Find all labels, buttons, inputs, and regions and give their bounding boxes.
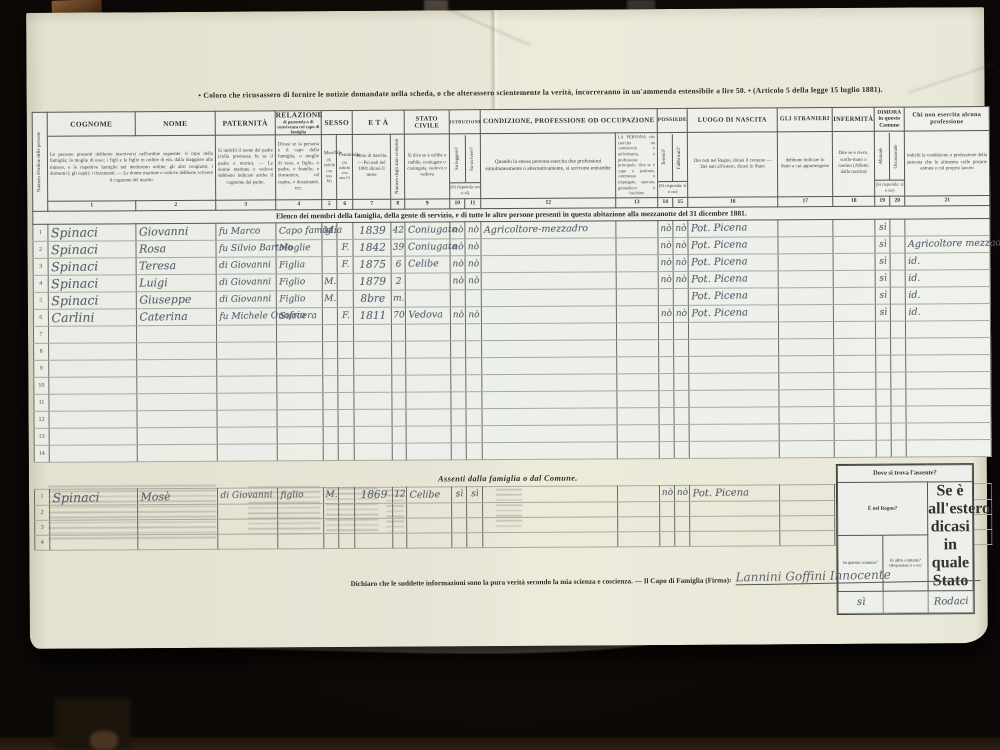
table-cell: 12: [392, 487, 406, 503]
table-cell: 39: [391, 239, 405, 256]
table-cell: [451, 391, 466, 408]
sesso-maschile-subheader: Maschile(Si indichi con una M): [321, 135, 336, 199]
table-cell: [467, 532, 483, 547]
census-table: Numero d'ordine delle persone COGNOME NO…: [32, 106, 992, 463]
table-cell: id.: [905, 252, 990, 270]
table-cell: [354, 358, 392, 375]
table-cell: [906, 320, 991, 338]
table-cell: [891, 338, 906, 355]
table-cell: sì: [466, 486, 482, 502]
table-cell: [675, 531, 690, 546]
table-cell: [218, 519, 278, 534]
table-cell: [338, 487, 354, 503]
table-cell: [618, 531, 660, 546]
table-cell: [406, 426, 451, 443]
table-cell: [481, 289, 616, 307]
table-cell: [278, 518, 324, 533]
table-cell: [392, 375, 406, 392]
table-cell: [616, 220, 658, 237]
table-cell: [616, 237, 658, 254]
table-cell: id.: [905, 286, 990, 304]
table-cell: fu Michele Onofrio: [216, 307, 276, 325]
sesso-femminile-subheader: Femminile(Si indichi con una F): [336, 135, 352, 199]
table-cell: [778, 236, 833, 253]
table-cell: nò: [673, 305, 688, 322]
table-cell: [674, 373, 689, 390]
table-cell: [353, 324, 391, 341]
table-cell: [675, 501, 690, 516]
table-cell: nò: [450, 238, 465, 255]
table-cell: nò: [673, 254, 688, 271]
table-cell: di Giovanni: [216, 290, 276, 308]
table-cell: [354, 426, 392, 443]
table-cell: [466, 442, 482, 459]
table-cell: [659, 407, 674, 424]
table-cell: [466, 425, 482, 442]
table-cell: [392, 341, 406, 358]
stranieri-note: debbono indicare lo Stato a cui apparten…: [777, 132, 832, 197]
table-cell: [339, 533, 355, 548]
table-cell: [337, 290, 353, 307]
row-number: 13: [34, 428, 49, 445]
table-cell: [217, 427, 277, 444]
table-cell: [218, 504, 278, 519]
table-cell: [689, 373, 779, 391]
table-cell: [833, 304, 875, 321]
table-cell: [323, 443, 338, 460]
row-number: 4: [33, 275, 48, 292]
table-cell: [406, 392, 451, 409]
table-cell: [834, 389, 876, 406]
backdrop-speck: [90, 731, 118, 750]
col-condizione-header: CONDIZIONE, PROFESSIONE OD OCCUPAZIONE: [480, 109, 657, 134]
table-cell: F.: [337, 239, 353, 256]
table-cell: [391, 324, 405, 341]
cognome-nome-note: Le persone presenti debbono inscriversi …: [47, 136, 215, 201]
table-cell: [137, 427, 217, 444]
table-cell: [136, 325, 216, 342]
istruzione-subheaders: Sa leggere? Sa scrivere? (Si risponda: n…: [449, 134, 480, 199]
table-cell: [834, 355, 876, 372]
table-edge-band: [0, 737, 1000, 750]
table-cell: [906, 371, 991, 389]
table-cell: [891, 355, 906, 372]
table-cell: [779, 389, 834, 406]
table-cell: [452, 502, 467, 517]
table-cell: [617, 441, 659, 458]
table-cell: [779, 423, 834, 440]
table-cell: [674, 441, 689, 458]
table-cell: 1869: [354, 487, 392, 504]
table-cell: nò: [673, 271, 688, 288]
table-cell: [277, 426, 323, 443]
table-cell: [778, 304, 833, 321]
table-cell: [407, 533, 452, 548]
table-cell: [674, 424, 689, 441]
table-cell: [49, 342, 137, 360]
table-cell: [482, 408, 617, 426]
row-number: 7: [33, 326, 48, 343]
col-cognome-header: COGNOME: [47, 112, 135, 137]
table-cell: [138, 534, 218, 549]
table-cell: [675, 516, 690, 531]
table-cell: [891, 321, 906, 338]
table-cell: [658, 288, 673, 305]
table-cell: [834, 338, 876, 355]
table-cell: [406, 409, 451, 426]
table-cell: [338, 341, 354, 358]
table-cell: [466, 357, 482, 374]
table-cell: [906, 422, 991, 440]
table-cell: [137, 342, 217, 359]
legal-warning-line: • Coloro che ricusassero di fornire le n…: [162, 84, 920, 100]
table-cell: nò: [673, 237, 688, 254]
table-cell: m.: [391, 290, 405, 307]
table-cell: [277, 341, 323, 358]
table-cell: sì: [875, 270, 890, 287]
table-cell: [465, 289, 481, 306]
table-cell: [834, 406, 876, 423]
table-cell: Pot. Picena: [688, 236, 778, 254]
head-of-family-signature: Lannini Goffini Innocente: [735, 567, 980, 585]
table-cell: nò: [658, 254, 673, 271]
table-cell: di Giovanni: [216, 256, 276, 274]
condizione-note: Quando la stessa persona esercita due pr…: [480, 133, 615, 198]
table-cell: [481, 272, 616, 290]
table-cell: [876, 338, 891, 355]
table-cell: [322, 307, 337, 324]
table-cell: 42: [391, 222, 405, 239]
row-number: 2: [35, 505, 50, 520]
table-cell: [674, 356, 689, 373]
table-cell: [467, 517, 483, 532]
table-cell: [48, 325, 136, 343]
table-cell: [393, 503, 407, 518]
table-cell: [834, 440, 876, 457]
istruzione-note: (Si risponda: no o sì): [450, 182, 480, 197]
fabbricati-subheader: Fabbricati?: [672, 134, 687, 181]
table-cell: [617, 407, 659, 424]
table-cell: [674, 339, 689, 356]
table-cell: [451, 442, 466, 459]
table-cell: [779, 440, 834, 457]
table-cell: M.: [322, 290, 337, 307]
table-cell: [482, 486, 617, 503]
table-cell: [779, 355, 834, 372]
table-cell: [466, 374, 482, 391]
row-number: 9: [34, 360, 49, 377]
table-cell: Pot. Picena: [688, 270, 778, 288]
table-cell: [482, 391, 617, 409]
table-cell: [482, 340, 617, 358]
table-cell: [779, 372, 834, 389]
dimora-occasionale-subheader: Occasionale: [889, 133, 904, 180]
table-cell: [217, 444, 277, 461]
table-cell: [834, 423, 876, 440]
table-cell: [890, 287, 905, 304]
table-cell: [660, 516, 675, 531]
table-cell: [617, 485, 659, 501]
table-cell: [322, 324, 337, 341]
table-cell: [216, 325, 276, 342]
table-cell: [778, 253, 833, 270]
col-paternita-header: PATERNITÀ: [215, 111, 275, 136]
row-number: 6: [33, 309, 48, 326]
row-number: 14: [34, 445, 49, 462]
table-cell: [337, 324, 353, 341]
table-cell: [779, 406, 834, 423]
table-cell: nò: [465, 272, 481, 289]
table-cell: Capo famiglia: [276, 222, 322, 240]
table-cell: 1879: [353, 273, 391, 291]
table-cell: [483, 502, 618, 518]
table-cell: [324, 533, 339, 548]
dimora-note: (Si risponda: sì o no): [875, 180, 904, 195]
paternita-note: Si indichi il nome del padre (colla prem…: [215, 135, 275, 200]
table-cell: [482, 425, 617, 443]
table-cell: [481, 306, 616, 324]
declaration-text: Dichiaro che le suddette informazioni so…: [351, 576, 732, 588]
la-persona-note: LA PERSONA che esercita un commercio o u…: [615, 133, 657, 198]
answer-altro-comune: [883, 590, 928, 613]
census-sheet: • Coloro che ricusassero di fornire le n…: [26, 7, 988, 649]
table-cell: [338, 426, 354, 443]
table-cell: [393, 518, 407, 533]
table-cell: [277, 409, 323, 426]
table-cell: M.: [322, 222, 337, 239]
terreni-subheader: Terreni?: [658, 134, 672, 181]
table-cell: [616, 271, 658, 288]
table-cell: 70: [391, 307, 405, 324]
table-cell: sì: [875, 236, 890, 253]
table-cell: Spinaci: [48, 240, 136, 258]
table-cell: [778, 287, 833, 304]
table-cell: [217, 410, 277, 427]
table-cell: nò: [658, 271, 673, 288]
luogo-nascita-note: Dei nati nel Regno, dicasi il comune — D…: [687, 132, 777, 197]
table-cell: [323, 409, 338, 426]
table-cell: sì: [875, 287, 890, 304]
sa-leggere-subheader: Sa leggere?: [450, 135, 465, 182]
table-cell: [780, 530, 835, 545]
table-cell: [779, 338, 834, 355]
table-cell: Agricoltore mezzadro: [905, 235, 990, 253]
table-cell: nò: [450, 221, 465, 238]
table-cell: [616, 322, 658, 339]
table-cell: [322, 239, 337, 256]
table-cell: [876, 355, 891, 372]
col-eta-header: E T À: [352, 110, 404, 135]
table-cell: [891, 406, 906, 423]
table-cell: [673, 322, 688, 339]
table-cell: Celibe: [406, 486, 451, 503]
table-cell: [451, 425, 466, 442]
table-cell: [659, 441, 674, 458]
table-cell: 6: [391, 256, 405, 273]
table-cell: [137, 359, 217, 376]
table-cell: [780, 500, 835, 515]
table-cell: nò: [465, 238, 481, 255]
where-is-absent-box: Dove si trova l'assente? È nel Regno? Se…: [836, 463, 975, 615]
table-cell: [482, 442, 617, 460]
table-cell: [617, 339, 659, 356]
table-cell: Pot. Picena: [688, 287, 778, 305]
table-cell: nò: [465, 255, 481, 272]
table-cell: [778, 270, 833, 287]
table-cell: Figlio: [276, 273, 322, 291]
table-cell: [405, 273, 450, 290]
table-cell: [50, 534, 138, 550]
table-cell: [137, 410, 217, 427]
table-cell: [450, 289, 465, 306]
table-cell: [833, 219, 875, 236]
table-cell: [392, 358, 406, 375]
table-cell: [355, 503, 393, 518]
table-cell: nò: [659, 485, 674, 501]
table-cell: [833, 253, 875, 270]
table-cell: [833, 236, 875, 253]
table-cell: [780, 515, 835, 530]
table-cell: nò: [674, 485, 689, 501]
table-cell: [660, 531, 675, 546]
table-cell: nò: [450, 255, 465, 272]
table-cell: [891, 372, 906, 389]
table-cell: [355, 533, 393, 548]
table-cell: nò: [658, 305, 673, 322]
table-cell: [405, 290, 450, 307]
table-cell: [323, 426, 338, 443]
table-cell: [891, 440, 906, 457]
table-cell: [481, 255, 616, 273]
table-cell: Vedova: [405, 306, 450, 324]
col-nome-header: NOME: [135, 111, 215, 136]
table-cell: Spinaci: [48, 223, 136, 241]
in-regno-subheader: È nel Regno?: [837, 482, 927, 535]
row-number: 1: [33, 224, 48, 241]
table-cell: [407, 518, 452, 533]
table-cell: [876, 423, 891, 440]
table-cell: [483, 532, 618, 548]
table-cell: Rosa: [136, 240, 216, 258]
table-cell: [906, 354, 991, 372]
table-cell: [482, 323, 617, 341]
table-cell: [658, 322, 673, 339]
table-cell: [450, 323, 465, 340]
table-cell: [339, 503, 355, 518]
table-cell: [451, 408, 466, 425]
table-cell: [890, 304, 905, 321]
table-cell: [659, 424, 674, 441]
table-cell: [617, 373, 659, 390]
census-rows: 1SpinaciGiovannifu MarcoCapo famigliaM.1…: [33, 218, 991, 462]
table-cell: nò: [450, 272, 465, 289]
table-cell: [891, 389, 906, 406]
row-number: 11: [34, 394, 49, 411]
table-cell: [481, 238, 616, 256]
table-cell: [876, 372, 891, 389]
table-cell: Suocera: [276, 307, 322, 325]
table-cell: [466, 340, 482, 357]
table-cell: di Giovanni: [217, 487, 277, 504]
row-number: 8: [34, 343, 49, 360]
table-cell: sì: [451, 486, 466, 502]
row-number: 4: [35, 535, 50, 550]
table-cell: [324, 503, 339, 518]
table-cell: [338, 443, 354, 460]
table-cell: Spinaci: [48, 257, 136, 275]
table-cell: Figlia: [276, 256, 322, 274]
col-istruzione-header: ISTRUZIONE: [449, 110, 480, 135]
table-cell: [278, 533, 324, 548]
table-cell: [467, 502, 483, 517]
table-cell: 8bre: [353, 290, 391, 308]
table-cell: [465, 323, 481, 340]
table-cell: Luigi: [136, 274, 216, 292]
table-cell: [906, 337, 991, 355]
table-cell: [834, 372, 876, 389]
row-number: 3: [33, 258, 48, 275]
table-cell: nò: [658, 220, 673, 237]
table-cell: F.: [337, 256, 353, 273]
table-cell: 1842: [353, 239, 391, 257]
table-cell: [137, 444, 217, 461]
table-cell: [674, 390, 689, 407]
table-cell: nò: [450, 306, 465, 323]
table-cell: [50, 504, 138, 520]
table-cell: [339, 518, 355, 533]
table-cell: Giuseppe: [136, 291, 216, 309]
table-cell: [690, 501, 780, 517]
row-number: 2: [33, 241, 48, 258]
table-cell: [406, 443, 451, 460]
table-cell: [660, 501, 675, 516]
col-sesso-header: SESSO: [321, 110, 352, 135]
table-cell: [138, 519, 218, 534]
census-form: • Coloro che ricusassero di fornire le n…: [31, 7, 982, 588]
anno-nascita-note: Anno di nascita. — Pei nati nel 1881 dic…: [352, 135, 390, 200]
table-cell: Pot. Picena: [688, 304, 778, 322]
table-cell: [354, 341, 392, 358]
table-cell: [834, 321, 876, 338]
answer-estero: Rodaci: [928, 590, 973, 613]
table-cell: [689, 356, 779, 374]
table-cell: [277, 375, 323, 392]
table-cell: [452, 532, 467, 547]
table-cell: [138, 504, 218, 519]
table-cell: nò: [658, 237, 673, 254]
relazione-note: Dicasi se la persona è il capo della fam…: [275, 135, 321, 200]
table-cell: [674, 407, 689, 424]
table-cell: 1811: [353, 307, 391, 325]
table-cell: [906, 388, 991, 406]
table-cell: [905, 218, 990, 236]
table-cell: [49, 393, 137, 411]
table-cell: [323, 341, 338, 358]
table-cell: Coniugata: [405, 238, 450, 256]
table-cell: [354, 392, 392, 409]
table-cell: [324, 518, 339, 533]
col-dimora-header: DIMORA in questo Comune: [874, 107, 904, 132]
table-cell: [406, 358, 451, 375]
table-cell: [618, 501, 660, 516]
table-cell: [323, 358, 338, 375]
table-cell: [890, 236, 905, 253]
table-cell: [405, 324, 450, 341]
stato-civile-note: Si dica se è celibe o nubile, coniugato …: [404, 134, 449, 199]
table-cell: [482, 374, 617, 392]
table-cell: [673, 288, 688, 305]
table-cell: [49, 410, 137, 428]
